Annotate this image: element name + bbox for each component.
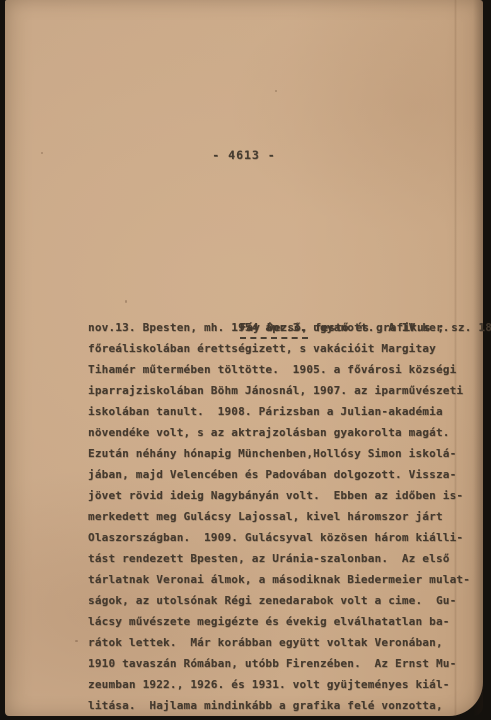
paper-speck (275, 90, 277, 92)
page-number: - 4613 - (5, 148, 483, 162)
text-line: nov.13. Bpesten, mh. 1954 ápr.3. ugyanot… (88, 317, 474, 338)
text-line: növendéke volt, s az aktrajzolásban gyak… (88, 422, 474, 443)
text-line: ságok, az utolsónak Régi zenedarabok vol… (88, 590, 474, 611)
text-line: Ezután néhány hónapig Münchenben,Hollósy… (88, 443, 474, 464)
body-lines-container: nov.13. Bpesten, mh. 1954 ápr.3. ugyanot… (88, 317, 474, 716)
text-line: iskolában tanult. 1908. Párizsban a Juli… (88, 401, 474, 422)
text-line: Olaszországban. 1909. Gulácsyval közösen… (88, 527, 474, 548)
text-line: iparrajziskolában Böhm Jánosnál, 1907. a… (88, 380, 474, 401)
text-line: tást rendezett Bpesten, az Uránia-szalon… (88, 548, 474, 569)
text-line: merkedett meg Gulácsy Lajossal, kivel há… (88, 506, 474, 527)
text-line: tárlatnak Veronai álmok, a másodiknak Bi… (88, 569, 474, 590)
paper-edge-shadow (473, 0, 483, 716)
text-line: jövet rövid ideig Nagybányán volt. Ebben… (88, 485, 474, 506)
text-line: Tihamér műtermében töltötte. 1905. a főv… (88, 359, 474, 380)
text-line: lácsy művészete megigézte és évekig elvá… (88, 611, 474, 632)
text-line: zeumban 1922., 1926. és 1931. volt gyüjt… (88, 674, 474, 695)
scanned-page-frame: - 4613 - Fáy Dezső, festő és grafikus ; … (0, 0, 491, 720)
paper-sheet: - 4613 - Fáy Dezső, festő és grafikus ; … (5, 0, 483, 716)
text-line-heading: Fáy Dezső, festő és grafikus ; sz. 1888 (88, 296, 474, 317)
typewritten-paragraph: Fáy Dezső, festő és grafikus ; sz. 1888 … (88, 296, 474, 716)
text-line: főreáliskolában érettségizett, s vakáció… (88, 338, 474, 359)
text-line: rátok lettek. Már korábban együtt voltak… (88, 632, 474, 653)
text-line: jában, majd Velencében és Padovában dolg… (88, 464, 474, 485)
text-line: 1910 tavaszán Rómában, utóbb Firenzében.… (88, 653, 474, 674)
text-line: litása. Hajlama mindinkább a grafika fel… (88, 695, 474, 716)
paper-speck (75, 640, 78, 642)
